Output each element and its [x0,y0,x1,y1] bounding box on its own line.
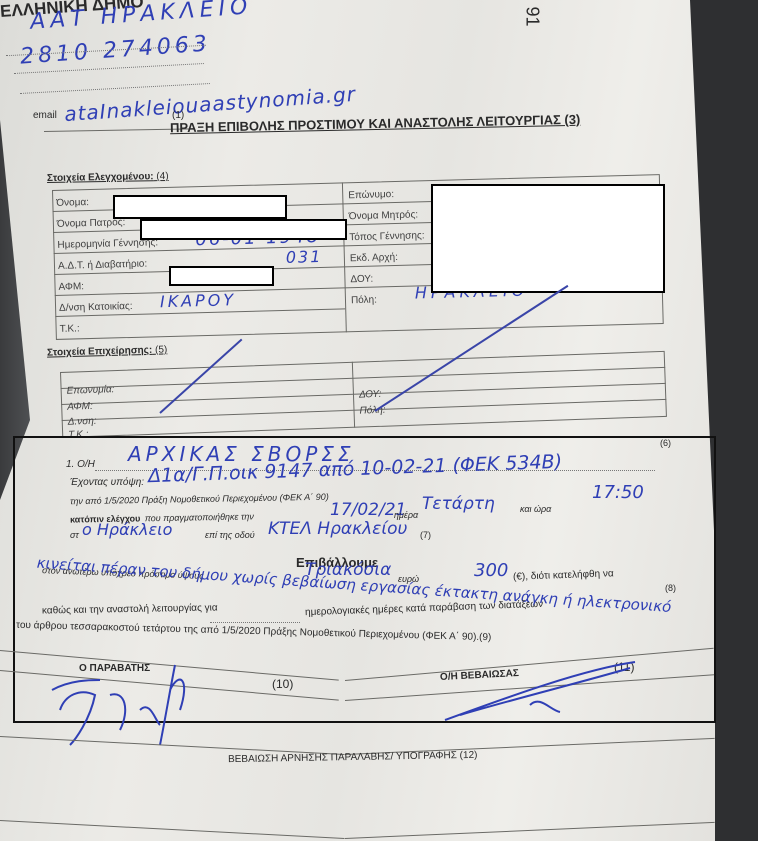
place-value: ο Ηράκλειο [82,520,172,539]
section-note: (5) [155,344,168,355]
field-postal-code-label: Τ.Κ.: [60,323,80,335]
redaction-right-fields [431,184,665,293]
note-6: (6) [660,438,671,448]
field-surname-label: Επώνυμο: [348,189,394,201]
business-name-label: Επωνυμία: [66,384,114,397]
note-8: (8) [665,583,676,593]
field-tax-id-label: ΑΦΜ: [58,281,84,293]
section-note: (4) [156,171,168,182]
redaction-id-number [169,266,274,286]
section-controlled-person: Στοιχεία Ελεγχομένου: (4) [47,171,169,184]
violator-note: (10) [272,677,293,691]
redaction-first-name [113,195,287,219]
field-issuing-authority-label: Εκδ. Αρχή: [350,252,398,264]
violator-signature [40,650,220,750]
field-address-label: Δ/νση Κατοικίας: [59,301,133,314]
field-address-value: ΙΚΑΡΟΥ [160,290,237,311]
time-value: 17:50 [592,482,644,503]
field-first-name-label: Όνομα: [56,197,89,209]
note-7: (7) [420,530,431,540]
field-mother-name-label: Όνομα Μητρός: [349,209,419,222]
officer-signature [440,660,640,730]
redaction-father-name [140,219,347,240]
field-city-label: Πόλη: [351,295,377,307]
considering-label: Έχοντας υπόψη: [70,477,144,488]
business-address-label: Δ.νση: [68,416,97,428]
day-value: Τετάρτη [422,494,495,514]
field-tax-office-label: ΔΟΥ: [350,274,373,286]
officer-label: 1. Ο/Η [66,459,95,470]
business-tax-office-label: ΔΟΥ: [359,389,382,401]
fine-amount: 300 [474,560,508,581]
field-father-name-label: Όνομα Πατρός: [57,217,126,230]
street-value: ΚΤΕΛ Ηρακλείου [268,519,407,539]
street-label: επί της οδού [205,530,255,540]
field-id-label: Α.Δ.Τ. ή Διαβατήριο: [58,259,148,272]
field-id-value: 031 [286,247,323,267]
section-title: Στοιχεία Ελεγχομένου: [47,171,154,184]
email-label: email [33,110,57,121]
business-tax-id-label: ΑΦΜ: [67,401,93,413]
time-label: και ώρα [520,504,551,514]
field-birth-place-label: Τόπος Γέννησης: [349,230,424,243]
serial-number: 91 [522,6,543,26]
place-prefix: στ [70,530,79,540]
